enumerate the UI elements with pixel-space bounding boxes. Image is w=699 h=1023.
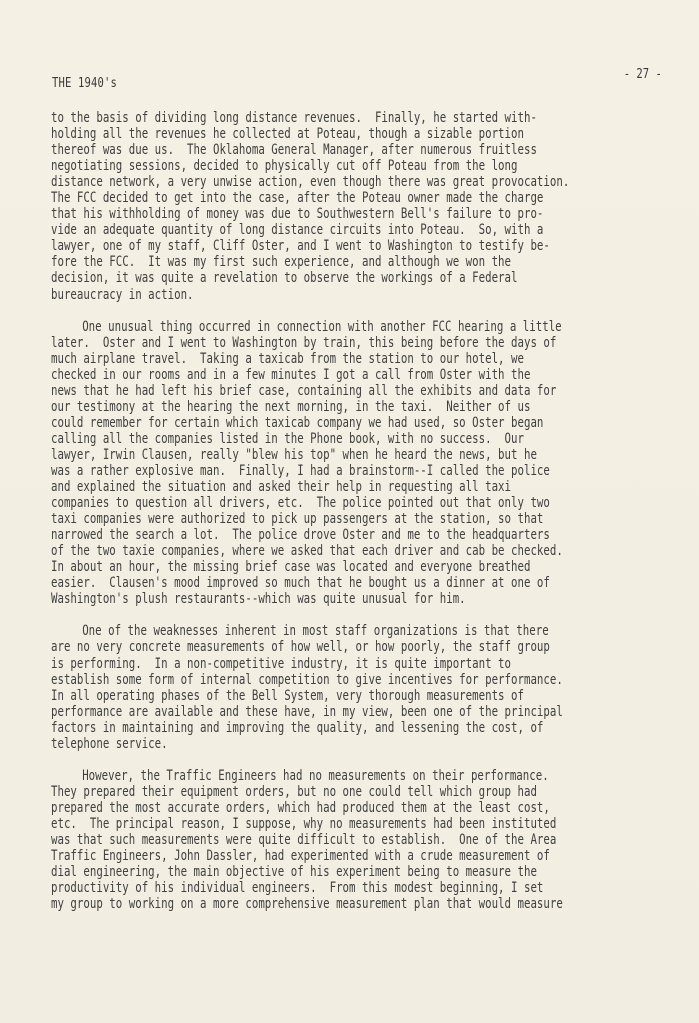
text-line: that his withholding of money was due to… xyxy=(51,206,659,222)
text-line: prepared the most accurate orders, which… xyxy=(51,800,659,816)
text-line: and explained the situation and asked th… xyxy=(51,479,659,495)
text-line: One unusual thing occurred in connection… xyxy=(51,319,659,335)
text-line: checked in our rooms and in a few minute… xyxy=(51,367,659,383)
text-line: However, the Traffic Engineers had no me… xyxy=(51,768,659,784)
document-page: THE 1940's - 27 - to the basis of dividi… xyxy=(0,0,699,1023)
text-line: lawyer, one of my staff, Cliff Oster, an… xyxy=(51,238,659,254)
text-line: much airplane travel. Taking a taxicab f… xyxy=(51,351,659,367)
text-line: thereof was due us. The Oklahoma General… xyxy=(51,142,659,158)
paragraph-1: to the basis of dividing long distance r… xyxy=(51,110,659,303)
text-line: narrowed the search a lot. The police dr… xyxy=(51,527,659,543)
text-line: vide an adequate quantity of long distan… xyxy=(51,222,659,238)
text-line: Traffic Engineers, John Dassler, had exp… xyxy=(51,848,659,864)
text-line: was a rather explosive man. Finally, I h… xyxy=(51,463,659,479)
text-line: later. Oster and I went to Washington by… xyxy=(51,335,659,351)
text-line: calling all the companies listed in the … xyxy=(51,431,659,447)
text-line: taxi companies were authorized to pick u… xyxy=(51,511,659,527)
text-line: of the two taxie companies, where we ask… xyxy=(51,543,659,559)
text-line: They prepared their equipment orders, bu… xyxy=(51,784,659,800)
text-line: news that he had left his brief case, co… xyxy=(51,383,659,399)
text-line: negotiating sessions, decided to physica… xyxy=(51,158,659,174)
text-line: performance are available and these have… xyxy=(51,704,659,720)
text-line: In all operating phases of the Bell Syst… xyxy=(51,688,659,704)
text-line: companies to question all drivers, etc. … xyxy=(51,495,659,511)
text-line: productivity of his individual engineers… xyxy=(51,880,659,896)
text-line: The FCC decided to get into the case, af… xyxy=(51,190,659,206)
text-line: are no very concrete measurements of how… xyxy=(51,639,659,655)
text-line: distance network, a very unwise action, … xyxy=(51,174,659,190)
text-line: One of the weaknesses inherent in most s… xyxy=(51,623,659,639)
paragraph-4: However, the Traffic Engineers had no me… xyxy=(51,768,659,912)
page-header: THE 1940's - 27 - xyxy=(52,66,486,86)
text-line: establish some form of internal competit… xyxy=(51,672,659,688)
text-line: dial engineering, the main objective of … xyxy=(51,864,659,880)
text-line: telephone service. xyxy=(51,736,659,752)
text-line: Washington's plush restaurants--which wa… xyxy=(51,591,659,607)
text-line: is performing. In a non-competitive indu… xyxy=(51,656,659,672)
text-line: easier. Clausen's mood improved so much … xyxy=(51,575,659,591)
text-line: my group to working on a more comprehens… xyxy=(51,896,659,912)
paragraph-3: One of the weaknesses inherent in most s… xyxy=(51,623,659,751)
text-line: decision, it was quite a revelation to o… xyxy=(51,270,659,286)
text-line: etc. The principal reason, I suppose, wh… xyxy=(51,816,659,832)
page-number: - 27 - xyxy=(624,66,662,82)
text-line: factors in maintaining and improving the… xyxy=(51,720,659,736)
running-head: THE 1940's xyxy=(52,75,117,91)
text-line: was that such measurements were quite di… xyxy=(51,832,659,848)
text-line: our testimony at the hearing the next mo… xyxy=(51,399,659,415)
body-text: to the basis of dividing long distance r… xyxy=(51,110,659,928)
text-line: to the basis of dividing long distance r… xyxy=(51,110,659,126)
text-line: lawyer, Irwin Clausen, really "blew his … xyxy=(51,447,659,463)
paragraph-2: One unusual thing occurred in connection… xyxy=(51,319,659,608)
text-line: could remember for certain which taxicab… xyxy=(51,415,659,431)
text-line: In about an hour, the missing brief case… xyxy=(51,559,659,575)
text-line: fore the FCC. It was my first such exper… xyxy=(51,254,659,270)
text-line: holding all the revenues he collected at… xyxy=(51,126,659,142)
text-line: bureaucracy in action. xyxy=(51,287,659,303)
